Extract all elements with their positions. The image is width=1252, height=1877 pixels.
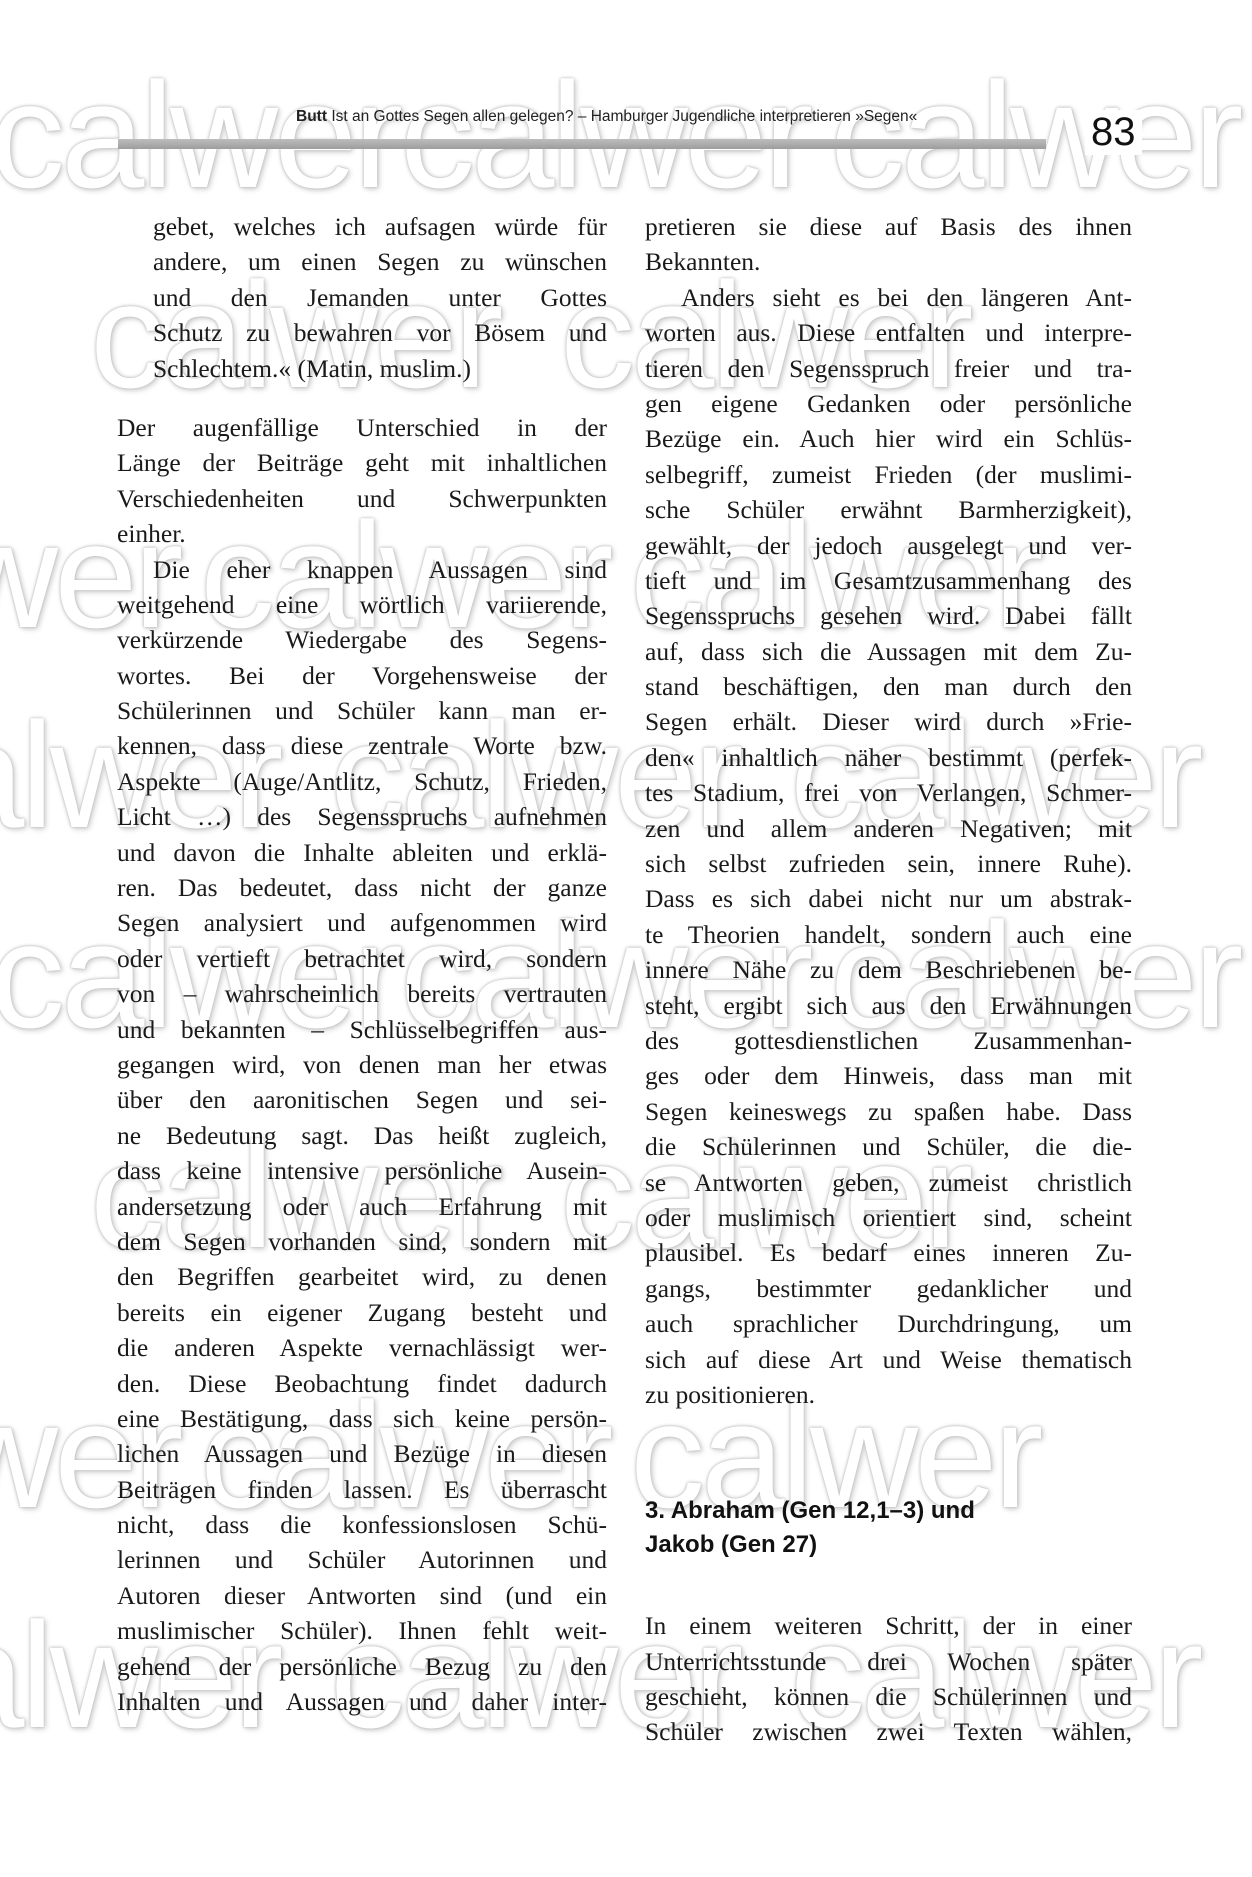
header-author: Butt: [296, 108, 327, 125]
page-number: 83: [1085, 110, 1142, 155]
text-line: Aspekte (Auge/Antlitz, Schutz, Frieden,: [117, 764, 607, 799]
section-heading: 3. Abraham (Gen 12,1–3) und Jakob (Gen 2…: [645, 1494, 1132, 1562]
text-line: einher.: [117, 516, 607, 551]
text-line: Schüler zwischen zwei Texten wählen,: [645, 1714, 1132, 1749]
text-line: Dass es sich dabei nicht nur um abstrak-: [645, 881, 1132, 916]
text-line: In einem weiteren Schritt, der in einer: [645, 1608, 1132, 1643]
text-line: ne Bedeutung sagt. Das heißt zugleich,: [117, 1118, 607, 1153]
text-line: Verschiedenheiten und Schwerpunkten: [117, 481, 607, 516]
text-line: gehend der persönliche Bezug zu den: [117, 1649, 607, 1684]
text-line: se Antworten geben, zumeist christlich: [645, 1165, 1132, 1200]
text-line: Länge der Beiträge geht mit inhaltlichen: [117, 445, 607, 480]
text-line: sche Schüler erwähnt Barmherzigkeit),: [645, 492, 1132, 527]
text-line: Autoren dieser Antworten sind (und ein: [117, 1578, 607, 1613]
watermark: calwer: [0, 60, 399, 210]
text-line: dem Segen vorhanden sind, sondern mit: [117, 1224, 607, 1259]
text-line: die anderen Aspekte vernachlässigt wer-: [117, 1330, 607, 1365]
text-line: Anders sieht es bei den längeren Ant-: [645, 280, 1132, 315]
text-line: lerinnen und Schüler Autorinnen und: [117, 1542, 607, 1577]
text-line: den« inhaltlich näher bestimmt (perfek-: [645, 740, 1132, 775]
text-line: zu positionieren.: [645, 1377, 1132, 1412]
text-line: zen und allem anderen Negativen; mit: [645, 811, 1132, 846]
text-line: gegangen wird, von denen man her etwas: [117, 1047, 607, 1082]
header-title: Ist an Gottes Segen allen gelegen? – Ham…: [331, 108, 917, 125]
text-line: Segensspruchs gesehen wird. Dabei fällt: [645, 598, 1132, 633]
text-line: auf, dass sich die Aussagen mit dem Zu-: [645, 634, 1132, 669]
text-line: tes Stadium, frei von Verlangen, Schmer-: [645, 775, 1132, 810]
text-line: muslimischer Schüler). Ihnen fehlt weit-: [117, 1613, 607, 1648]
text-line: Segen erhält. Dieser wird durch »Frie-: [645, 704, 1132, 739]
text-line: plausibel. Es bedarf eines inneren Zu-: [645, 1235, 1132, 1270]
text-line: oder vertieft betrachtet wird, sondern: [117, 941, 607, 976]
text-line: bereits ein eigener Zugang besteht und: [117, 1295, 607, 1330]
text-line: den. Diese Beobachtung findet dadurch: [117, 1366, 607, 1401]
text-line: den Begriffen gearbeitet wird, zu denen: [117, 1259, 607, 1294]
watermark: calwer: [830, 60, 1239, 210]
spacer: [117, 386, 607, 410]
text-line: und den Jemanden unter Gottes: [153, 280, 607, 315]
text-line: eine Bestätigung, dass sich keine persön…: [117, 1401, 607, 1436]
text-line: und bekannten – Schlüsselbegriffen aus-: [117, 1012, 607, 1047]
text-line: Die eher knappen Aussagen sind: [117, 552, 607, 587]
text-line: über den aaronitischen Segen und sei-: [117, 1082, 607, 1117]
text-line: gebet, welches ich aufsagen würde für: [153, 209, 607, 244]
section-heading-line: 3. Abraham (Gen 12,1–3) und: [645, 1494, 1132, 1528]
text-line: verkürzende Wiedergabe des Segens-: [117, 622, 607, 657]
text-line: und davon die Inhalte ableiten und erklä…: [117, 835, 607, 870]
watermark: calwer: [400, 60, 809, 210]
paragraph: Der augenfällige Unterschied in der Läng…: [117, 410, 607, 552]
text-line: tieft und im Gesamtzusammenhang des: [645, 563, 1132, 598]
text-line: geschieht, können die Schülerinnen und: [645, 1679, 1132, 1714]
text-line: wortes. Bei der Vorgehensweise der: [117, 658, 607, 693]
text-line: gangs, bestimmter gedanklicher und: [645, 1271, 1132, 1306]
text-line: Beiträgen finden lassen. Es überrascht: [117, 1472, 607, 1507]
text-line: andere, um einen Segen zu wünschen: [153, 244, 607, 279]
paragraph: Anders sieht es bei den längeren Ant- wo…: [645, 280, 1132, 1413]
text-line: ren. Das bedeutet, dass nicht der ganze: [117, 870, 607, 905]
text-line: gewählt, der jedoch ausgelegt und ver-: [645, 528, 1132, 563]
text-line: worten aus. Diese entfalten und interpre…: [645, 315, 1132, 350]
text-line: innere Nähe zu dem Beschriebenen be-: [645, 952, 1132, 987]
left-column: gebet, welches ich aufsagen würde für an…: [117, 209, 607, 1719]
text-line: kennen, dass diese zentrale Worte bzw.: [117, 728, 607, 763]
text-line: des gottesdienstlichen Zusammenhan-: [645, 1023, 1132, 1058]
text-line: Der augenfällige Unterschied in der: [117, 410, 607, 445]
paragraph: In einem weiteren Schritt, der in einer …: [645, 1608, 1132, 1750]
text-line: ges oder dem Hinweis, dass man mit: [645, 1058, 1132, 1093]
text-line: Schutz zu bewahren vor Bösem und: [153, 315, 607, 350]
paragraph: pretieren sie diese auf Basis des ihnen …: [645, 209, 1132, 280]
text-line: weitgehend eine wörtlich variierende,: [117, 587, 607, 622]
text-line: von – wahrscheinlich bereits vertrauten: [117, 976, 607, 1011]
text-line: selbegriff, zumeist Frieden (der muslimi…: [645, 457, 1132, 492]
right-column: pretieren sie diese auf Basis des ihnen …: [645, 209, 1132, 1750]
text-line: pretieren sie diese auf Basis des ihnen: [645, 209, 1132, 244]
text-line: te Theorien handelt, sondern auch eine: [645, 917, 1132, 952]
text-line: stand beschäftigen, den man durch den: [645, 669, 1132, 704]
text-line: Inhalten und Aussagen und daher inter-: [117, 1684, 607, 1719]
paragraph: Die eher knappen Aussagen sind weitgehen…: [117, 552, 607, 1720]
text-line: Bekannten.: [645, 244, 1132, 279]
text-line: die Schülerinnen und Schüler, die die-: [645, 1129, 1132, 1164]
text-line: andersetzung oder auch Erfahrung mit: [117, 1189, 607, 1224]
text-line: Unterrichtsstunde drei Wochen später: [645, 1644, 1132, 1679]
text-line: Schülerinnen und Schüler kann man er-: [117, 693, 607, 728]
text-line: Schlechtem.« (Matin, muslim.): [153, 351, 607, 386]
block-quote: gebet, welches ich aufsagen würde für an…: [117, 209, 607, 386]
text-line: sich auf diese Art und Weise thematisch: [645, 1342, 1132, 1377]
text-line: oder muslimisch orientiert sind, scheint: [645, 1200, 1132, 1235]
text-line: Licht …) des Segensspruchs aufnehmen: [117, 799, 607, 834]
text-line: auch sprachlicher Durchdringung, um: [645, 1306, 1132, 1341]
header-rule: [118, 139, 1046, 149]
text-line: Bezüge ein. Auch hier wird ein Schlüs-: [645, 421, 1132, 456]
text-line: Segen keineswegs zu spaßen habe. Dass: [645, 1094, 1132, 1129]
text-line: gen eigene Gedanken oder persönliche: [645, 386, 1132, 421]
text-line: sich selbst zufrieden sein, innere Ruhe)…: [645, 846, 1132, 881]
text-line: dass keine intensive persönliche Ausein-: [117, 1153, 607, 1188]
running-header: Butt Ist an Gottes Segen allen gelegen? …: [296, 108, 917, 126]
text-line: lichen Aussagen und Bezüge in diesen: [117, 1436, 607, 1471]
section-heading-line: Jakob (Gen 27): [645, 1528, 1132, 1562]
text-line: nicht, dass die konfessionslosen Schü-: [117, 1507, 607, 1542]
text-line: steht, ergibt sich aus den Erwähnungen: [645, 988, 1132, 1023]
text-line: Segen analysiert und aufgenommen wird: [117, 905, 607, 940]
text-line: tieren den Segensspruch freier und tra-: [645, 351, 1132, 386]
